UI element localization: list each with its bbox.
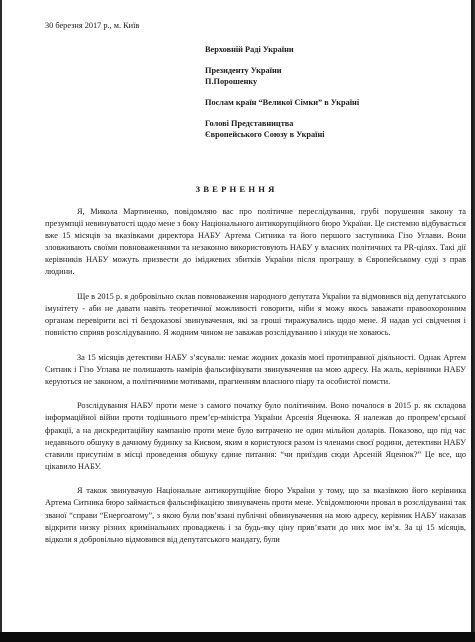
recipient-line: Президенту України	[205, 66, 359, 77]
paragraph: Ще в 2015 р. я добровільно склав повнова…	[45, 291, 466, 339]
document-page: 30 березня 2017 р., м. Київ Верховній Ра…	[2, 0, 473, 632]
recipient-verkhovna-rada: Верховній Раді України	[205, 45, 359, 56]
paragraph: Я, Микола Мартиненко, повідомляю вас про…	[45, 206, 466, 279]
date-line: 30 березня 2017 р., м. Київ	[45, 21, 139, 30]
document-title: ЗВЕРНЕННЯ	[2, 184, 471, 194]
recipient-line: Верховній Раді України	[205, 45, 359, 56]
paragraph: За 15 місяців детективи НАБУ з’ясували: …	[45, 352, 466, 388]
recipient-g7-ambassadors: Послам країн “Великої Сімки” в Україні	[205, 98, 359, 109]
recipient-president: Президенту України П.Порошенку	[205, 66, 359, 87]
recipient-line: Європейського Союзу в Україні	[205, 130, 359, 141]
paragraph: Розслідування НАБУ проти мене з самого п…	[45, 400, 466, 473]
document-body: Я, Микола Мартиненко, повідомляю вас про…	[45, 206, 466, 558]
recipients-block: Верховній Раді України Президенту Україн…	[205, 45, 359, 151]
scan-bottom-edge	[0, 632, 475, 642]
recipient-line: Послам країн “Великої Сімки” в Україні	[205, 98, 359, 109]
recipient-eu-delegation: Голові Представництва Європейського Союз…	[205, 119, 359, 140]
paragraph: Я також звинувачую Національне антикоруп…	[45, 485, 466, 545]
recipient-line: Голові Представництва	[205, 119, 359, 130]
recipient-line: П.Порошенку	[205, 77, 359, 88]
